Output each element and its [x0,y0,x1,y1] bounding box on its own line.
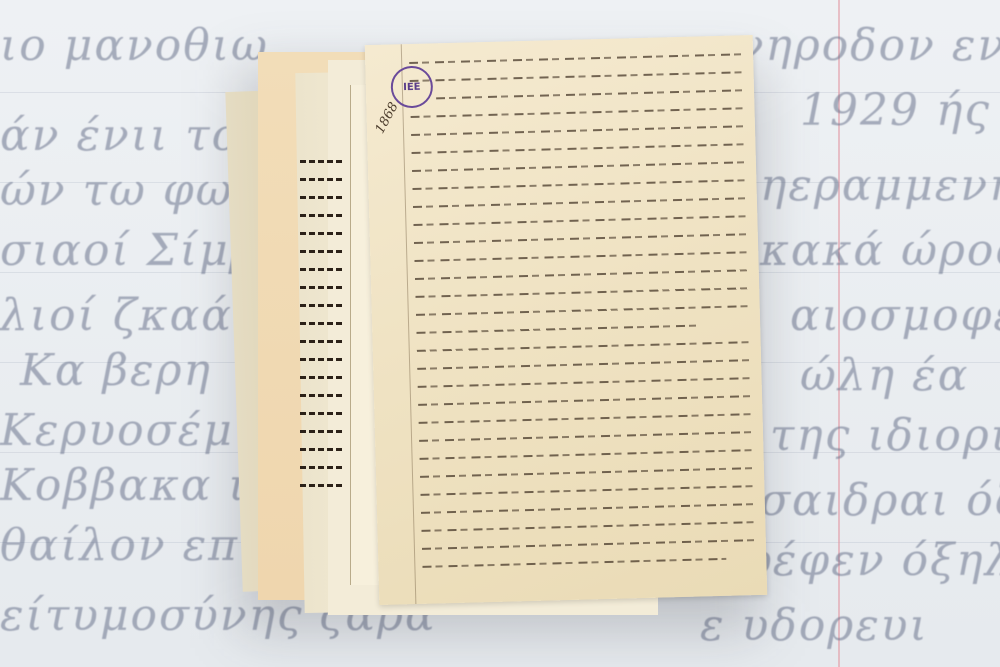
ink-line [412,179,746,190]
ink-line [421,521,755,532]
ink-line [300,466,344,469]
ink-line [420,467,754,478]
ink-line [414,251,748,262]
bg-handwriting: ώλη έα [800,350,969,401]
ink-line [413,197,747,208]
ink-line [411,125,745,136]
ink-line [411,107,745,118]
ink-line [436,89,744,99]
ink-line [419,431,753,442]
ink-line [422,539,756,550]
bg-handwriting: ιο μανοθιω [0,20,269,71]
ink-line [300,394,344,397]
ink-line [416,305,750,316]
ink-line [300,268,344,271]
bg-handwriting: Κα βερη [20,345,212,396]
ink-line [300,340,344,343]
ink-line [418,377,752,388]
ink-line [300,178,344,181]
ink-line [300,196,344,199]
ink-line [415,287,749,298]
ink-line [300,250,344,253]
bg-handwriting: σαιδραι όζοι [760,475,1000,526]
bg-handwriting: 1929 ής [800,85,991,136]
bg-handwriting: αιοσμοφέ [790,290,1000,341]
ink-line [421,503,755,514]
bg-handwriting: φέφεν όξηλορ [740,535,1000,586]
document-sheet-main: ΙΕΕ 1868 [365,35,768,605]
bg-handwriting: κακά ώροσοχ [760,225,1000,276]
ink-line [412,143,746,154]
ink-line [300,214,344,217]
ink-line [410,71,744,82]
ink-line [300,358,344,361]
ink-line [409,53,743,64]
ink-line [412,161,746,172]
bg-handwriting: της ιδιορι [770,410,1000,461]
year-note: 1868 [373,100,402,136]
ink-line [415,269,749,280]
ink-line [300,322,344,325]
bg-handwriting: ηεραμμενη [760,160,1000,211]
ink-line [417,359,751,370]
ink-line [300,232,344,235]
bg-handwriting: σιαοί Σίμβ [0,225,257,276]
ink-line [300,448,344,451]
ink-line [300,376,344,379]
ink-line [422,558,726,568]
ink-line [300,412,344,415]
ink-line [300,304,344,307]
archive-stamp: ΙΕΕ [390,65,433,108]
ink-line [413,215,747,226]
margin-rule [401,44,417,604]
ink-line [418,395,752,406]
ink-line [300,430,344,433]
ink-line [421,485,755,496]
bg-handwriting: Κερυοσέμ [0,405,234,456]
ink-line [417,341,751,352]
ink-line [414,233,748,244]
ink-line [419,413,753,424]
ink-line [300,484,344,487]
ink-line [300,160,344,163]
ink-line [420,449,754,460]
ink-line [416,324,700,333]
ink-line [300,286,344,289]
